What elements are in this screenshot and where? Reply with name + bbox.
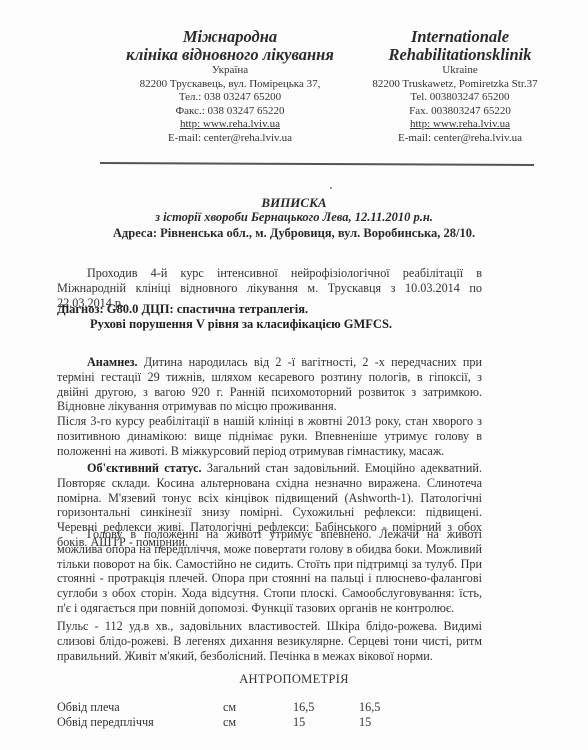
diagnosis: Діагноз: G80.0 ДЦП: спастична тетраплегі… xyxy=(57,302,482,332)
measure-right: 16,5 xyxy=(359,700,380,715)
phone: Тел.: 038 03247 65200 xyxy=(110,91,350,105)
anthropometry-title: АНТРОПОМЕТРІЯ xyxy=(0,672,588,687)
clinic-name-line2: клініка відновного лікування xyxy=(110,46,350,64)
email[interactable]: E-mail: center@reha.lviv.ua xyxy=(110,132,350,146)
country: Ukraine xyxy=(340,64,580,78)
document-page: Міжнародна клініка відновного лікування … xyxy=(0,0,588,750)
header-divider xyxy=(100,162,534,166)
measure-right: 15 xyxy=(359,715,371,730)
motor-text: Голову в положенні на животі утримує впе… xyxy=(57,527,482,615)
phone: Tel. 003803247 65200 xyxy=(340,91,580,105)
clinic-name-line1: Міжнародна xyxy=(110,28,350,46)
fax: Fax. 003803247 65220 xyxy=(340,105,580,119)
fax: Факс.: 038 03247 65220 xyxy=(110,105,350,119)
measure-left: 16,5 xyxy=(293,700,314,715)
address: 82200 Truskawetz, Pomiretzka Str.37 xyxy=(310,78,588,92)
letterhead-german: Internationale Rehabilitationsklinik Ukr… xyxy=(340,28,580,146)
anthropometry-table: Обвід плеча см 16,5 16,5 Обвід передпліч… xyxy=(57,700,477,730)
measure-left: 15 xyxy=(293,715,305,730)
clinic-name-line2: Rehabilitationsklinik xyxy=(340,46,580,64)
measure-label: Обвід передпліччя xyxy=(57,715,154,730)
table-row: Обвід плеча см 16,5 16,5 xyxy=(57,700,477,715)
country: Україна xyxy=(110,64,350,78)
email[interactable]: E-mail: center@reha.lviv.ua xyxy=(340,132,580,146)
document-title: ВИПИСКА xyxy=(0,195,588,211)
motor-paragraph: Голову в положенні на животі утримує впе… xyxy=(57,527,482,616)
measure-unit: см xyxy=(223,715,236,730)
patient-address: Адреса: Рівненська обл., м. Дубровиця, в… xyxy=(0,226,588,241)
table-row: Обвід передпліччя см 15 15 xyxy=(57,715,477,730)
pulse-text: Пульс - 112 уд.в хв., задовільних власти… xyxy=(57,619,482,663)
diagnosis-line2: Рухові порушення V рівня за класифікаціє… xyxy=(57,317,482,332)
website-link[interactable]: http: www.reha.lviv.ua xyxy=(110,118,350,132)
vitals-paragraph: Пульс - 112 уд.в хв., задовільних власти… xyxy=(57,619,482,663)
diagnosis-line1: Діагноз: G80.0 ДЦП: спастична тетраплегі… xyxy=(57,302,482,317)
clinic-name-line1: Internationale xyxy=(340,28,580,46)
website-link[interactable]: http: www.reha.lviv.ua xyxy=(340,118,580,132)
document-subtitle: з історії хвороби Бернацького Лева, 12.1… xyxy=(0,210,588,225)
anamnesis-text2: Після 3-го курсу реабілітації в нашій кл… xyxy=(57,414,482,458)
anamnesis-paragraph: Анамнез. Дитина народилась від 2 -ї вагі… xyxy=(57,355,482,459)
objective-label: Об'єктивний статус. xyxy=(87,461,202,475)
scan-speck xyxy=(330,187,332,189)
measure-label: Обвід плеча xyxy=(57,700,120,715)
anamnesis-label: Анамнез. xyxy=(87,355,138,369)
measure-unit: см xyxy=(223,700,236,715)
